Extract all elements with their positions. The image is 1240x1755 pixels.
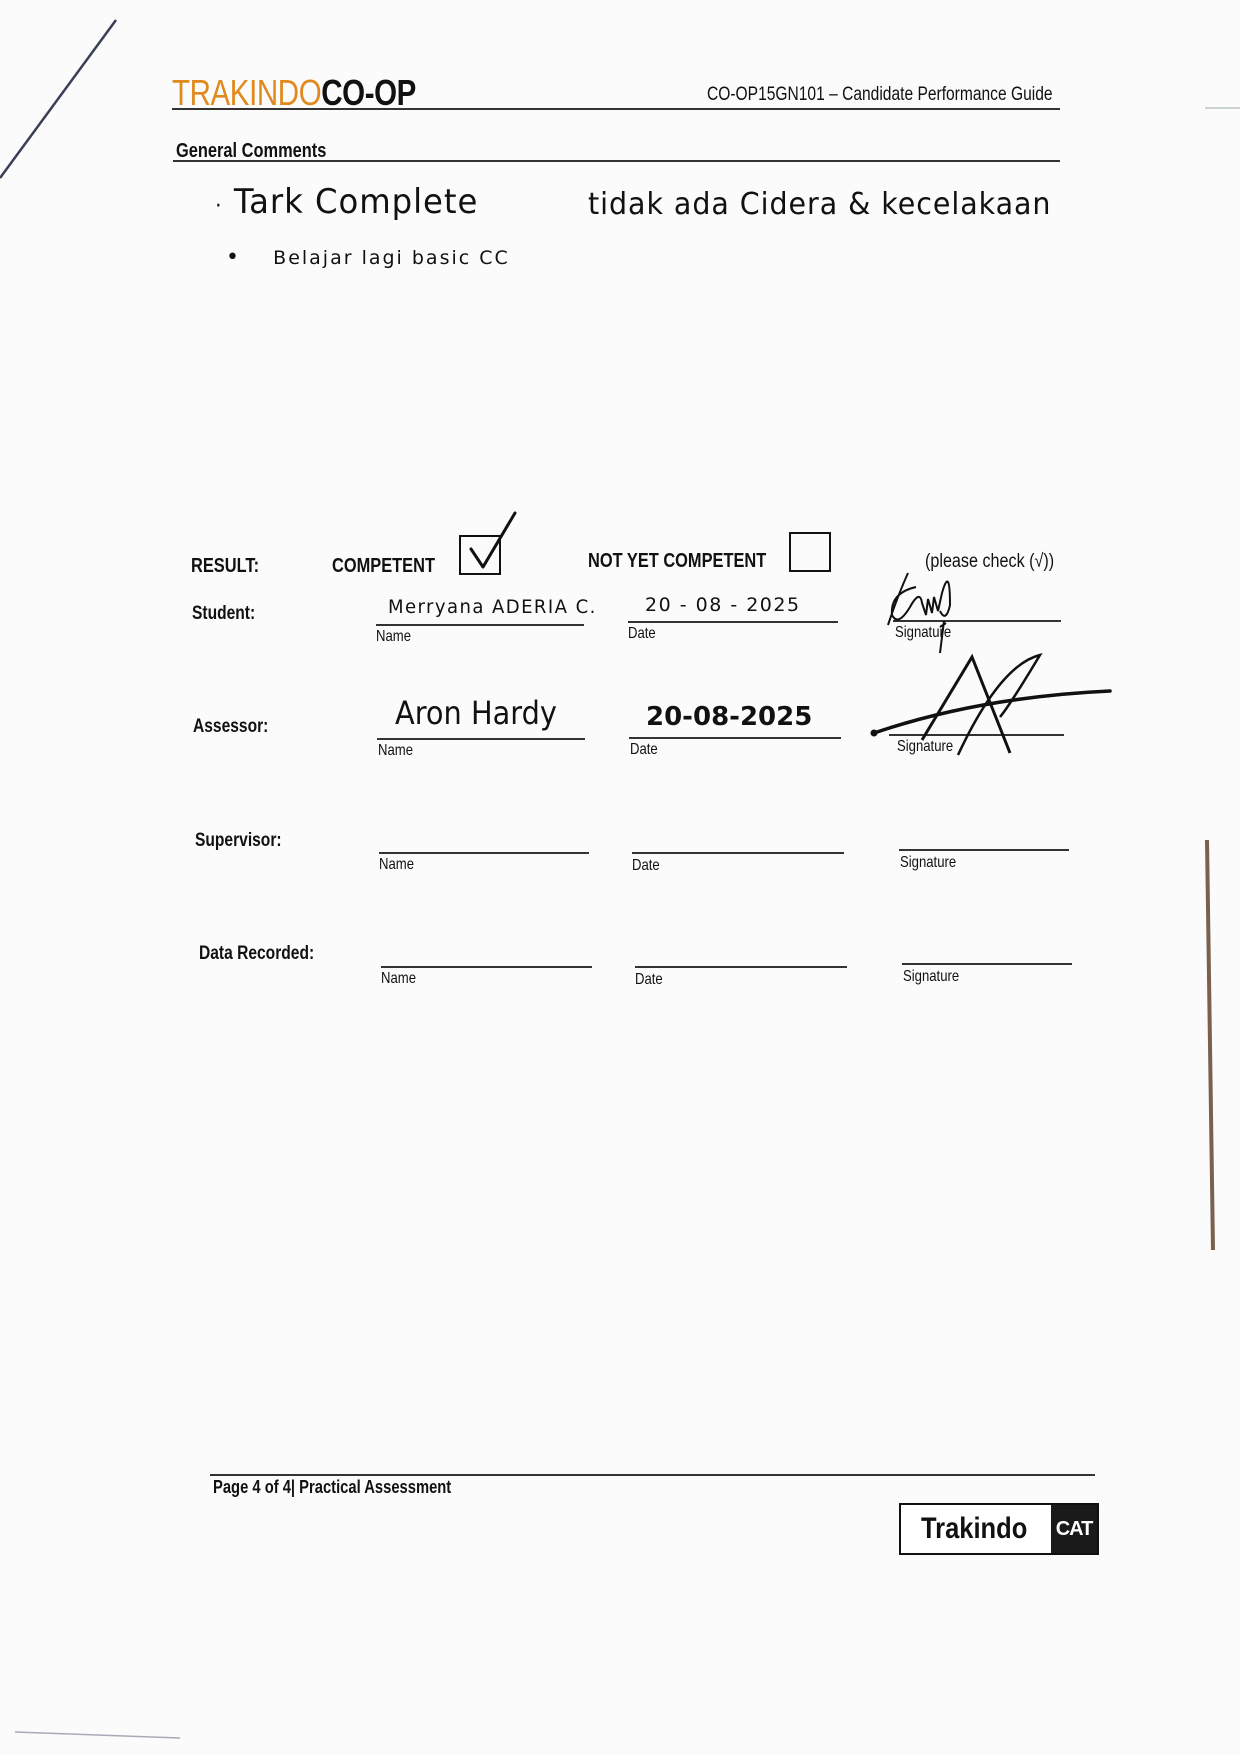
- assessor-name-line: [377, 738, 585, 740]
- comment-bullet: ·: [215, 194, 223, 219]
- checkmark-icon: [465, 511, 535, 581]
- trakindo-cat-logo: Trakindo CAT: [899, 1503, 1099, 1555]
- supervisor-date-caption: Date: [632, 857, 660, 875]
- supervisor-signature-line[interactable]: [899, 849, 1069, 851]
- student-name-caption: Name: [376, 628, 411, 646]
- comments-divider: [173, 160, 1060, 162]
- comment-entry-2: • Belajar lagi basic CC: [226, 245, 510, 270]
- document-code: CO-OP15GN101 – Candidate Performance Gui…: [707, 84, 1053, 106]
- assessor-date-value[interactable]: 20-08-2025: [646, 702, 812, 732]
- competent-checkbox[interactable]: [459, 535, 501, 575]
- data-recorded-date-line[interactable]: [635, 966, 847, 968]
- student-name-value[interactable]: Merryana ADERIA C.: [388, 596, 597, 618]
- data-recorded-date-caption: Date: [635, 971, 663, 989]
- supervisor-date-line[interactable]: [632, 852, 844, 854]
- student-name-line: [376, 624, 584, 626]
- student-label: Student:: [192, 603, 255, 625]
- comment-entry-1-continued: tidak ada Cidera & kecelakaan: [588, 187, 1051, 222]
- student-date-value[interactable]: 20 - 08 - 2025: [645, 594, 801, 616]
- student-signature-scribble[interactable]: [880, 565, 1000, 655]
- header-divider: [172, 108, 1060, 110]
- supervisor-label: Supervisor:: [195, 830, 282, 852]
- competent-label: COMPETENT: [332, 555, 435, 578]
- data-recorded-name-line[interactable]: [381, 966, 592, 968]
- supervisor-name-line[interactable]: [379, 852, 589, 854]
- assessor-name-value[interactable]: Aron Hardy: [395, 694, 557, 732]
- logo-text: Trakindo: [921, 1512, 1027, 1546]
- data-recorded-label: Data Recorded:: [199, 943, 314, 965]
- page-info: Page 4 of 4| Practical Assessment: [213, 1477, 451, 1498]
- brand-primary: TRAKINDO: [172, 72, 321, 113]
- supervisor-signature-caption: Signature: [900, 854, 956, 872]
- comment-text: Tark Complete: [234, 182, 478, 222]
- page-fold-edge: [0, 0, 1240, 1755]
- comment-text: Belajar lagi basic CC: [273, 247, 510, 269]
- assessor-date-line: [629, 737, 841, 739]
- footer-divider: [210, 1474, 1095, 1476]
- data-recorded-signature-line[interactable]: [902, 963, 1072, 965]
- assessor-date-caption: Date: [630, 741, 658, 759]
- assessor-label: Assessor:: [193, 716, 268, 738]
- student-date-line: [628, 621, 838, 623]
- supervisor-name-caption: Name: [379, 856, 414, 874]
- assessor-name-caption: Name: [378, 742, 413, 760]
- not-yet-competent-checkbox[interactable]: [789, 532, 831, 572]
- comment-entry-1: · Tark Complete: [215, 182, 478, 222]
- data-recorded-name-caption: Name: [381, 970, 416, 988]
- result-label: RESULT:: [191, 555, 259, 578]
- assessor-signature-scribble[interactable]: [860, 645, 1120, 765]
- student-date-caption: Date: [628, 625, 656, 643]
- not-yet-competent-label: NOT YET COMPETENT: [588, 550, 766, 573]
- brand-secondary: CO-OP: [321, 72, 416, 113]
- cat-badge-icon: CAT: [1051, 1505, 1097, 1553]
- data-recorded-signature-caption: Signature: [903, 968, 959, 986]
- comment-bullet: •: [226, 245, 241, 270]
